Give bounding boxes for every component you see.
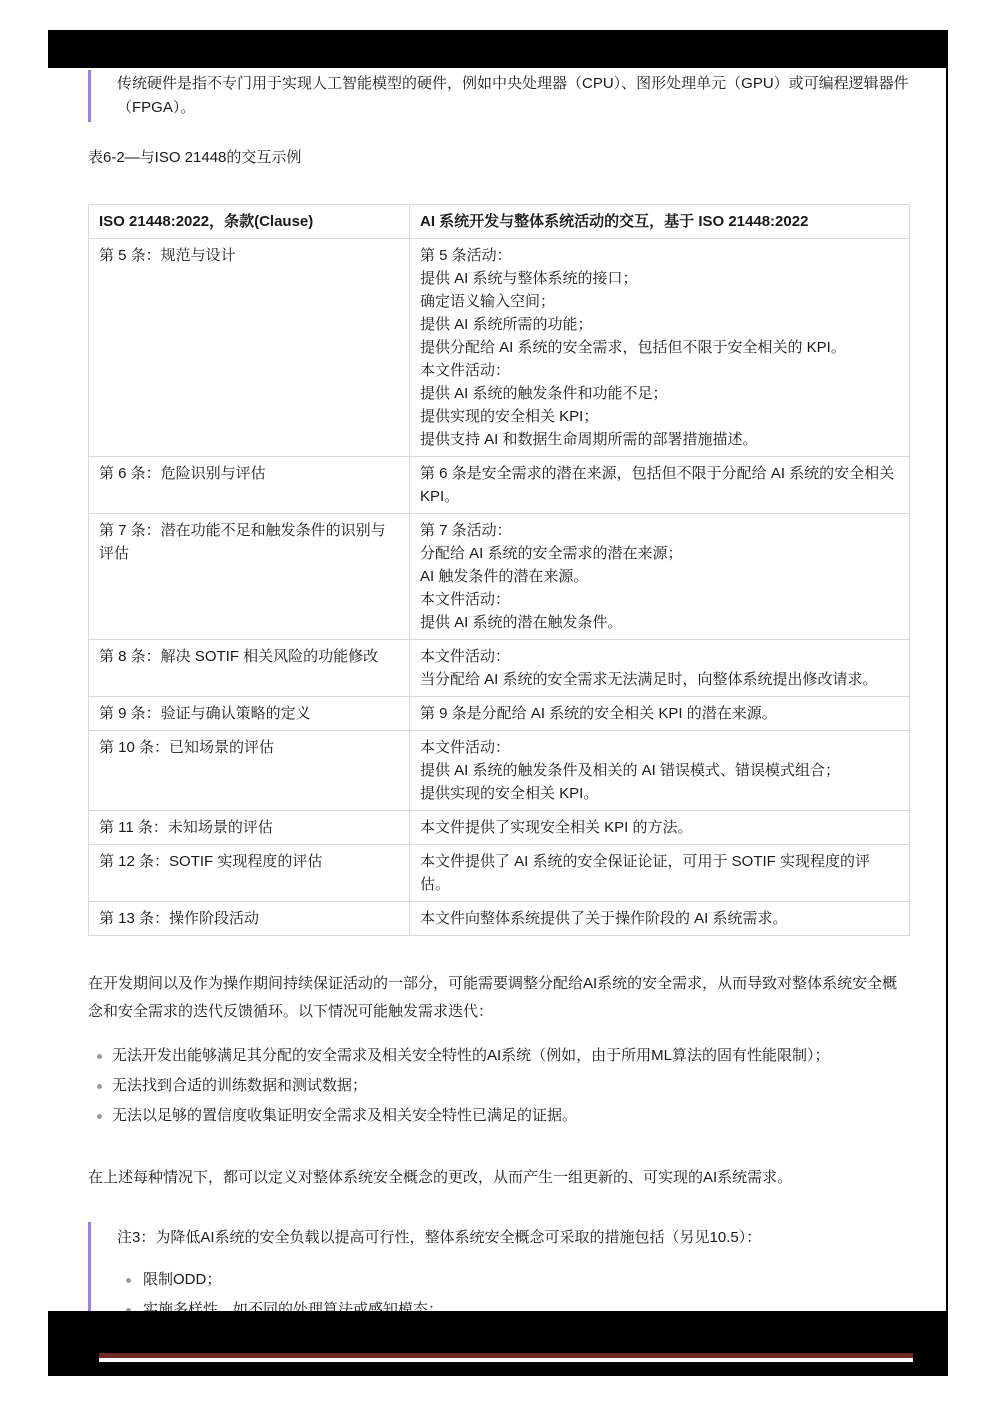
page-content: 传统硬件是指不专门用于实现人工智能模型的硬件，例如中央处理器（CPU）、图形处理… — [88, 70, 910, 1370]
clause-cell: 第 8 条：解决 SOTIF 相关风险的功能修改 — [89, 640, 410, 697]
table-row: 第 5 条：规范与设计 第 5 条活动： 提供 AI 系统与整体系统的接口； 确… — [89, 239, 910, 457]
table-row: 第 8 条：解决 SOTIF 相关风险的功能修改 本文件活动： 当分配给 AI … — [89, 640, 910, 697]
clause-cell: 第 6 条：危险识别与评估 — [89, 457, 410, 514]
list-item: 无法以足够的置信度收集证明安全需求及相关安全特性已满足的证据。 — [88, 1102, 910, 1130]
table-row: 第 6 条：危险识别与评估 第 6 条是安全需求的潜在来源，包括但不限于分配给 … — [89, 457, 910, 514]
list-item: 无法找到合适的训练数据和测试数据； — [88, 1072, 910, 1100]
footer-white-line — [99, 1358, 913, 1362]
header-cell-clause: ISO 21448:2022，条款(Clause) — [89, 205, 410, 239]
table-row: 第 13 条：操作阶段活动 本文件向整体系统提供了关于操作阶段的 AI 系统需求… — [89, 902, 910, 936]
header-banner — [48, 30, 948, 68]
footer-banner — [48, 1311, 948, 1376]
activity-cell: 本文件向整体系统提供了关于操作阶段的 AI 系统需求。 — [410, 902, 910, 936]
clause-cell: 第 5 条：规范与设计 — [89, 239, 410, 457]
iteration-trigger-list: 无法开发出能够满足其分配的安全需求及相关安全特性的AI系统（例如，由于所用ML算… — [88, 1042, 910, 1130]
activity-cell: 本文件活动： 当分配给 AI 系统的安全需求无法满足时，向整体系统提出修改请求。 — [410, 640, 910, 697]
clause-cell: 第 9 条：验证与确认策略的定义 — [89, 697, 410, 731]
list-item: 限制ODD； — [117, 1266, 910, 1294]
clause-cell: 第 11 条：未知场景的评估 — [89, 811, 410, 845]
table-row: 第 11 条：未知场景的评估 本文件提供了实现安全相关 KPI 的方法。 — [89, 811, 910, 845]
clause-cell: 第 12 条：SOTIF 实现程度的评估 — [89, 845, 410, 902]
table-row: 第 7 条：潜在功能不足和触发条件的识别与评估 第 7 条活动： 分配给 AI … — [89, 514, 910, 640]
blockquote-text: 传统硬件是指不专门用于实现人工智能模型的硬件，例如中央处理器（CPU）、图形处理… — [117, 72, 910, 120]
clause-cell: 第 7 条：潜在功能不足和触发条件的识别与评估 — [89, 514, 410, 640]
page-right-border — [946, 30, 948, 1376]
activity-cell: 本文件提供了 AI 系统的安全保证论证，可用于 SOTIF 实现程度的评估。 — [410, 845, 910, 902]
activity-cell: 第 6 条是安全需求的潜在来源，包括但不限于分配给 AI 系统的安全相关 KPI… — [410, 457, 910, 514]
hardware-note-blockquote: 传统硬件是指不专门用于实现人工智能模型的硬件，例如中央处理器（CPU）、图形处理… — [88, 70, 910, 122]
activity-cell: 第 7 条活动： 分配给 AI 系统的安全需求的潜在来源； AI 触发条件的潜在… — [410, 514, 910, 640]
table-row: 第 9 条：验证与确认策略的定义 第 9 条是分配给 AI 系统的安全相关 KP… — [89, 697, 910, 731]
table-row: 第 10 条：已知场景的评估 本文件活动： 提供 AI 系统的触发条件及相关的 … — [89, 731, 910, 811]
clause-cell: 第 10 条：已知场景的评估 — [89, 731, 410, 811]
activity-cell: 本文件提供了实现安全相关 KPI 的方法。 — [410, 811, 910, 845]
clause-cell: 第 13 条：操作阶段活动 — [89, 902, 410, 936]
iso-21448-interaction-table: ISO 21448:2022，条款(Clause) AI 系统开发与整体系统活动… — [88, 204, 910, 936]
table-row: 第 12 条：SOTIF 实现程度的评估 本文件提供了 AI 系统的安全保证论证… — [89, 845, 910, 902]
document-page: 传统硬件是指不专门用于实现人工智能模型的硬件，例如中央处理器（CPU）、图形处理… — [0, 0, 993, 1405]
table-caption: 表6-2—与ISO 21448的交互示例 — [88, 148, 910, 168]
paragraph-safety-concept-change: 在上述每种情况下，都可以定义对整体系统安全概念的更改，从而产生一组更新的、可实现… — [88, 1164, 910, 1192]
list-item: 无法开发出能够满足其分配的安全需求及相关安全特性的AI系统（例如，由于所用ML算… — [88, 1042, 910, 1070]
paragraph-iteration-triggers: 在开发期间以及作为操作期间持续保证活动的一部分，可能需要调整分配给AI系统的安全… — [88, 970, 910, 1026]
activity-cell: 第 9 条是分配给 AI 系统的安全相关 KPI 的潜在来源。 — [410, 697, 910, 731]
header-cell-activity: AI 系统开发与整体系统活动的交互，基于 ISO 21448:2022 — [410, 205, 910, 239]
note-3-text: 注3：为降低AI系统的安全负载以提高可行性，整体系统安全概念可采取的措施包括（另… — [117, 1224, 910, 1252]
table-header-row: ISO 21448:2022，条款(Clause) AI 系统开发与整体系统活动… — [89, 205, 910, 239]
activity-cell: 第 5 条活动： 提供 AI 系统与整体系统的接口； 确定语义输入空间； 提供 … — [410, 239, 910, 457]
activity-cell: 本文件活动： 提供 AI 系统的触发条件及相关的 AI 错误模式、错误模式组合；… — [410, 731, 910, 811]
